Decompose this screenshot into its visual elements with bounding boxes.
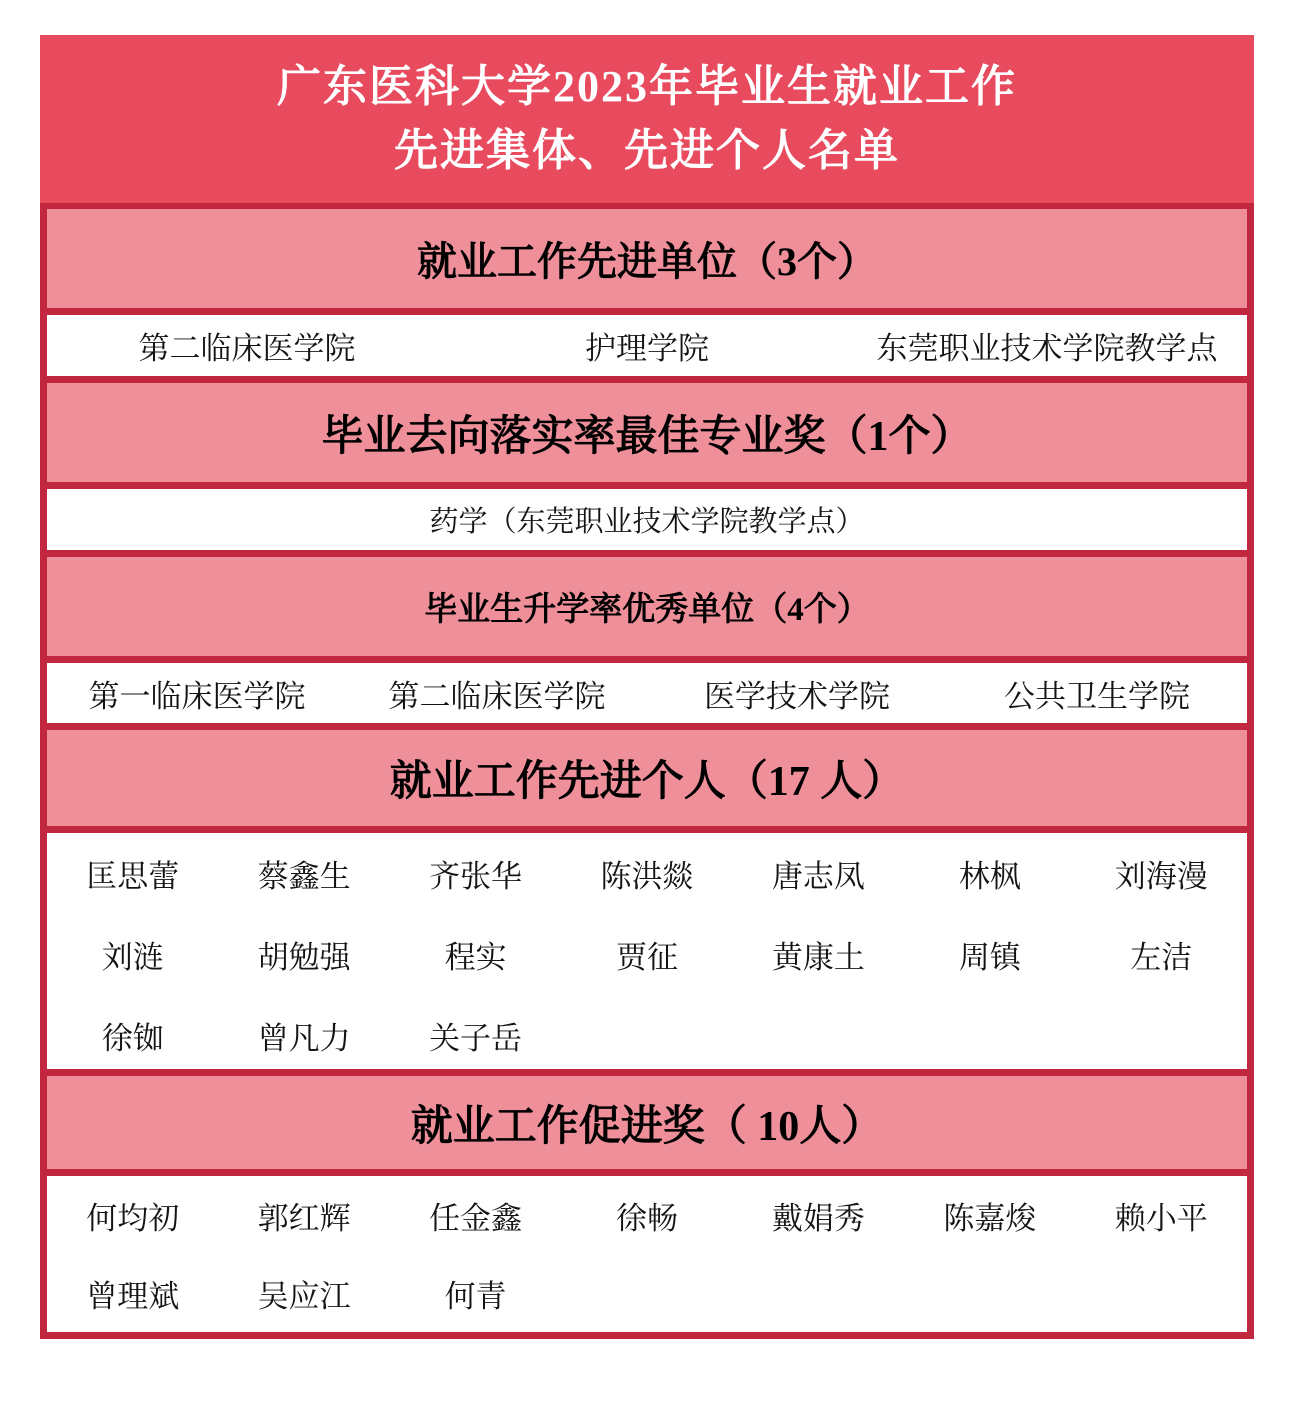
major-name: 药学（东莞职业技术学院教学点） — [47, 499, 1247, 540]
section-heading-excellent-further-study-units: 毕业生升学率优秀单位（4个） — [47, 557, 1247, 663]
section-heading-best-major-award: 毕业去向落实率最佳专业奖（1个） — [47, 383, 1247, 489]
person-name: 任金鑫 — [390, 1193, 561, 1238]
unit-name: 第二临床医学院 — [347, 671, 647, 716]
person-name: 陈嘉焌 — [904, 1193, 1075, 1238]
person-name: 林枫 — [904, 851, 1075, 896]
advanced-units-row: 第二临床医学院 护理学院 东莞职业技术学院教学点 — [47, 315, 1247, 383]
best-major-row: 药学（东莞职业技术学院教学点） — [47, 489, 1247, 557]
person-name: 徐铷 — [47, 1013, 218, 1058]
person-name: 刘涟 — [47, 932, 218, 977]
unit-name: 第二临床医学院 — [47, 323, 447, 368]
person-name: 齐张华 — [390, 851, 561, 896]
page-title-line-2: 先进集体、先进个人名单 — [394, 128, 900, 174]
person-name: 徐畅 — [561, 1193, 732, 1238]
person-name: 陈洪燚 — [561, 851, 732, 896]
person-name: 曾凡力 — [218, 1013, 389, 1058]
promotion-award-grid: 何均初 郭红辉 任金鑫 徐畅 戴娟秀 陈嘉焌 赖小平 曾理斌 吴应江 何青 — [47, 1176, 1247, 1332]
person-name: 曾理斌 — [47, 1271, 218, 1316]
section-heading-advanced-individuals: 就业工作先进个人（17 人） — [47, 730, 1247, 833]
person-name: 吴应江 — [218, 1271, 389, 1316]
table-body: 就业工作先进单位（3个） 第二临床医学院 护理学院 东莞职业技术学院教学点 毕业… — [40, 203, 1254, 1339]
advanced-individuals-grid: 匡思蕾 蔡鑫生 齐张华 陈洪燚 唐志凤 林枫 刘海漫 刘涟 胡勉强 程实 贾征 … — [47, 833, 1247, 1076]
title-block: 广东医科大学2023年毕业生就业工作 先进集体、先进个人名单 — [40, 35, 1254, 203]
person-name: 左洁 — [1076, 932, 1247, 977]
person-name: 何青 — [390, 1271, 561, 1316]
person-name: 关子岳 — [390, 1013, 561, 1058]
person-name: 何均初 — [47, 1193, 218, 1238]
person-name: 贾征 — [561, 932, 732, 977]
unit-name: 公共卫生学院 — [947, 671, 1247, 716]
person-name: 蔡鑫生 — [218, 851, 389, 896]
person-name: 黄康土 — [733, 932, 904, 977]
person-name: 匡思蕾 — [47, 851, 218, 896]
excellent-units-row: 第一临床医学院 第二临床医学院 医学技术学院 公共卫生学院 — [47, 663, 1247, 730]
person-name: 胡勉强 — [218, 932, 389, 977]
person-name: 赖小平 — [1076, 1193, 1247, 1238]
page: 广东医科大学2023年毕业生就业工作 先进集体、先进个人名单 就业工作先进单位（… — [0, 0, 1293, 1425]
award-announcement-table: 广东医科大学2023年毕业生就业工作 先进集体、先进个人名单 就业工作先进单位（… — [40, 35, 1254, 1339]
section-heading-employment-promotion-award: 就业工作促进奖（ 10人） — [47, 1076, 1247, 1176]
person-name: 郭红辉 — [218, 1193, 389, 1238]
person-name: 戴娟秀 — [733, 1193, 904, 1238]
unit-name: 第一临床医学院 — [47, 671, 347, 716]
person-name: 刘海漫 — [1076, 851, 1247, 896]
unit-name: 护理学院 — [447, 323, 847, 368]
section-heading-advanced-employment-units: 就业工作先进单位（3个） — [47, 209, 1247, 315]
person-name: 周镇 — [904, 932, 1075, 977]
unit-name: 东莞职业技术学院教学点 — [847, 323, 1247, 368]
unit-name: 医学技术学院 — [647, 671, 947, 716]
page-title-line-1: 广东医科大学2023年毕业生就业工作 — [277, 64, 1017, 110]
person-name: 程实 — [390, 932, 561, 977]
person-name: 唐志凤 — [733, 851, 904, 896]
